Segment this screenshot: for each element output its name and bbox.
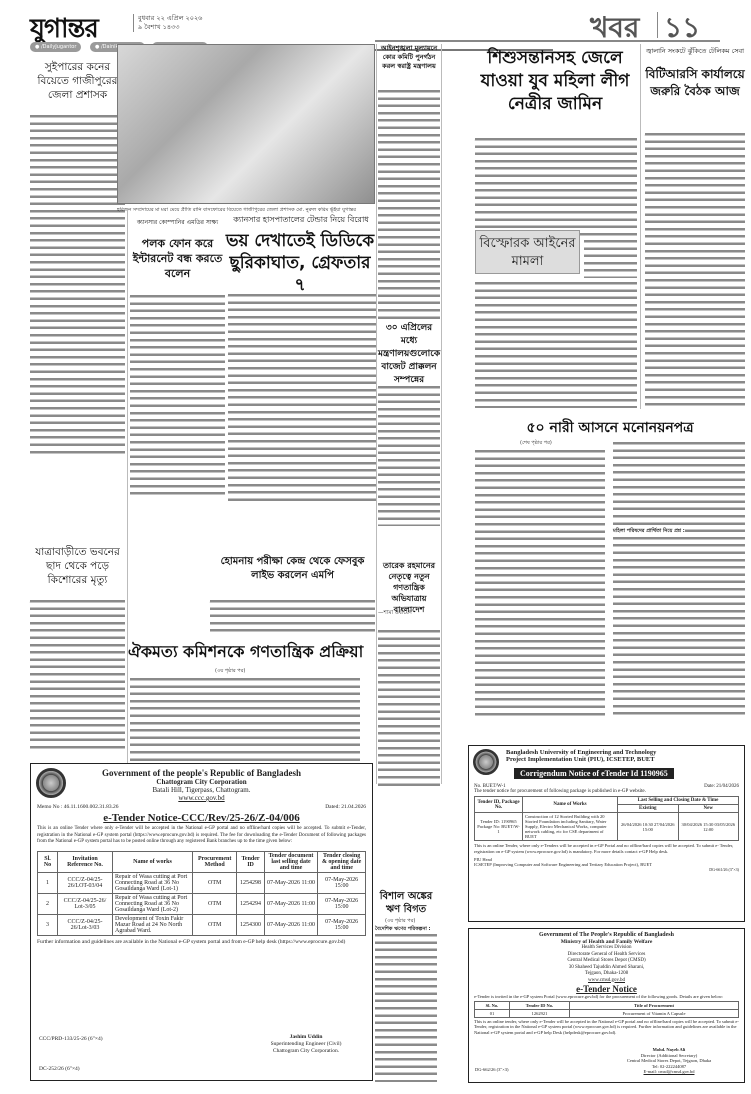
header-rule xyxy=(375,40,720,42)
headline-women-seats: ৫০ নারী আসনে মনোনয়নপত্র xyxy=(475,416,745,440)
ccc-signer-title: Superintending Engineer (Civil) xyxy=(246,1041,366,1048)
section-divider xyxy=(657,12,658,38)
headline-sweeper: সুইপারের কনের বিয়েতে গাজীপুরের জেলা প্র… xyxy=(30,60,125,102)
body-cancer xyxy=(228,292,376,502)
column-rule xyxy=(640,44,641,409)
cmsd-note: This is an online tender, where only e-T… xyxy=(474,1019,739,1036)
column-rule xyxy=(441,44,442,784)
continued-consensus: (৩য় পৃষ্ঠার পর) xyxy=(215,668,245,676)
page-number: ১১ xyxy=(664,6,700,53)
ccc-intro: This is an online Tender where only e-Te… xyxy=(37,826,366,846)
headline-homna: হোমনায় পরীক্ষা কেন্দ্র থেকে ফেসবুক লাইভ… xyxy=(210,555,375,583)
column-rule xyxy=(127,210,128,770)
ccc-memo: Memo No : 46.11.1600.002.31.83.26 xyxy=(37,804,119,810)
inset-blast-law: বিস্ফোরক আইনের মামলা xyxy=(475,230,580,274)
body-homna xyxy=(210,598,375,633)
table-row: 2 CCC/Z-04/25-26/ Lot-3/05 Repair of Was… xyxy=(38,893,366,914)
ccc-gov: Government of the people's Republic of B… xyxy=(37,768,366,778)
cmsd-tender-table: Sl. No. Tender ID No. Title of Procureme… xyxy=(474,1001,739,1018)
table-row: 3 CCC/Z-04/25-26/Lot-3/03 Development of… xyxy=(38,914,366,935)
kicker-call: ক্যানসার কোম্পানির এমডির সাক্ষ্য xyxy=(130,217,225,228)
table-row: Tender ID: 1190965 Package No: BUET/W-1 … xyxy=(475,813,739,841)
headline-loan: বিশাল অঙ্কের ঋণ বিগত xyxy=(375,890,437,916)
issue-date: বুধবার ২২ এপ্রিল ২০২৬ ৯ বৈশাখ ১৪৩৩ xyxy=(133,14,202,32)
cmsd-title: e-Tender Notice xyxy=(474,984,739,994)
subhead-women-seats: মহিলা পরিষদের প্রার্থিতা নিয়ে প্রশ্ন : xyxy=(613,528,685,536)
body-btrc xyxy=(645,131,745,409)
headline-tarique: তারেক রহমানের নেতৃত্বে নতুন গণতান্ত্রিক … xyxy=(378,560,440,615)
author-tarique: —শামা ওবায়েদ xyxy=(378,610,412,618)
ccc-footer: Further information and guidelines are a… xyxy=(37,939,366,946)
cmsd-intro: e-Tender is invited in the e-GP system P… xyxy=(474,994,739,1000)
headline-jubo-mohila: শিশুসন্তানসহ জেলে যাওয়া যুব মহিলা লীগ ন… xyxy=(475,47,635,116)
ccc-dated: Dated: 21.04.2026 xyxy=(325,804,366,810)
date-bangla: ৯ বৈশাখ ১৪৩৩ xyxy=(138,23,202,32)
section-title: খবর xyxy=(590,6,639,53)
headline-law: আইনশৃঙ্খলা মূল্যায়নে কোর কমিটি পুনর্গঠন… xyxy=(378,44,440,71)
wedding-photo xyxy=(117,44,375,204)
body-law xyxy=(378,88,440,320)
body-women-seats-2 xyxy=(613,440,745,716)
ccc-title: e-Tender Notice-CCC/Rev/25-26/Z-04/006 xyxy=(37,812,366,824)
headline-btrc: বিটিআরসি কার্যালয়ে জরুরি বৈঠক আজ xyxy=(645,66,745,100)
buet-dg: DG-661/26 (3"×3) xyxy=(474,867,739,872)
ccc-address: Batali Hill, Tigerpass, Chattogram. xyxy=(37,786,366,794)
buet-date: Date: 21/04/2026 xyxy=(704,784,739,789)
ccc-org: Chattogram City Corporation xyxy=(37,778,366,786)
body-jatrabari xyxy=(30,598,125,753)
ccc-tender-table: Sl. No Invitation Reference No. Name of … xyxy=(37,851,366,936)
buet-tender-table: Tender ID, Package No. Name of Works Las… xyxy=(474,796,739,841)
buet-seal-icon xyxy=(473,749,499,775)
continued-women-seats: (শেষ পৃষ্ঠার পর) xyxy=(520,440,552,448)
body-sweeper xyxy=(30,113,125,458)
body-call xyxy=(130,293,225,498)
date-gregorian: বুধবার ২২ এপ্রিল ২০২৬ xyxy=(138,14,202,23)
table-row: 01 1262921 Procurement of Vitamin A Caps… xyxy=(475,1009,739,1017)
cmsd-email[interactable]: E-mail: cmsd@cmsd.gov.bd xyxy=(599,1069,739,1075)
buet-intro: The tender notice for procurement of fol… xyxy=(474,789,739,794)
body-tarique xyxy=(378,628,440,786)
kicker-cancer: ক্যানসার হাসপাতালের টেন্ডার নিয়ে বিরোধ xyxy=(228,214,374,227)
body-jubo-mohila-3 xyxy=(475,280,637,408)
column-rule xyxy=(376,44,377,784)
headline-jatrabari: যাত্রাবাড়ীতে ভবনের ছাদ থেকে পড়ে কিশোরে… xyxy=(30,545,125,587)
ccc-signer: Jashim Uddin xyxy=(246,1034,366,1041)
body-budget xyxy=(378,384,440,526)
body-jubo-mohila-2 xyxy=(584,238,637,278)
ccc-seal-icon xyxy=(36,768,66,798)
cmsd-dg-code: DG-662/26 (3"×3) xyxy=(475,1067,509,1072)
body-jubo-mohila-1 xyxy=(475,136,637,236)
ccc-dc: DC-252/26 (6"×4) xyxy=(39,1066,80,1072)
ccc-prd: CCC/PRD-133/25-26 (6"×4) xyxy=(39,1036,103,1042)
twitter-link[interactable]: ● /DailyJugantor xyxy=(30,42,81,52)
kicker-btrc: জ্বালানি সংকটে ঝুঁকিতে টেলিকম সেবা xyxy=(645,47,745,56)
buet-unit: Project Implementation Unit (PIU), ICSET… xyxy=(474,756,739,763)
buet-note: This is an online Tender, where only e-T… xyxy=(474,843,739,855)
ad-cmsd-tender: Government of The People's Republic of B… xyxy=(468,928,745,1083)
buet-org: Bangladesh University of Engineering and… xyxy=(474,749,739,756)
buet-title: Corrigendum Notice of eTender Id 1190965 xyxy=(514,768,674,779)
headline-call: পলক ফোন করে ইন্টারনেট বন্ধ করতে বলেন xyxy=(130,236,225,281)
ad-ccc-tender: Government of the people's Republic of B… xyxy=(30,763,373,1081)
table-row: 1 CCC/Z-04/25-26/LOT-03/04 Repair of Was… xyxy=(38,872,366,893)
ccc-signer-org: Chattogram City Corporation. xyxy=(246,1048,366,1055)
ccc-website[interactable]: www.ccc.gov.bd xyxy=(37,794,366,802)
body-women-seats-1 xyxy=(475,448,605,716)
continued-loan: (৩য় পৃষ্ঠার পর) xyxy=(385,918,415,926)
ad-buet-corrigendum: Bangladesh University of Engineering and… xyxy=(468,745,745,922)
body-loan xyxy=(375,932,437,1082)
